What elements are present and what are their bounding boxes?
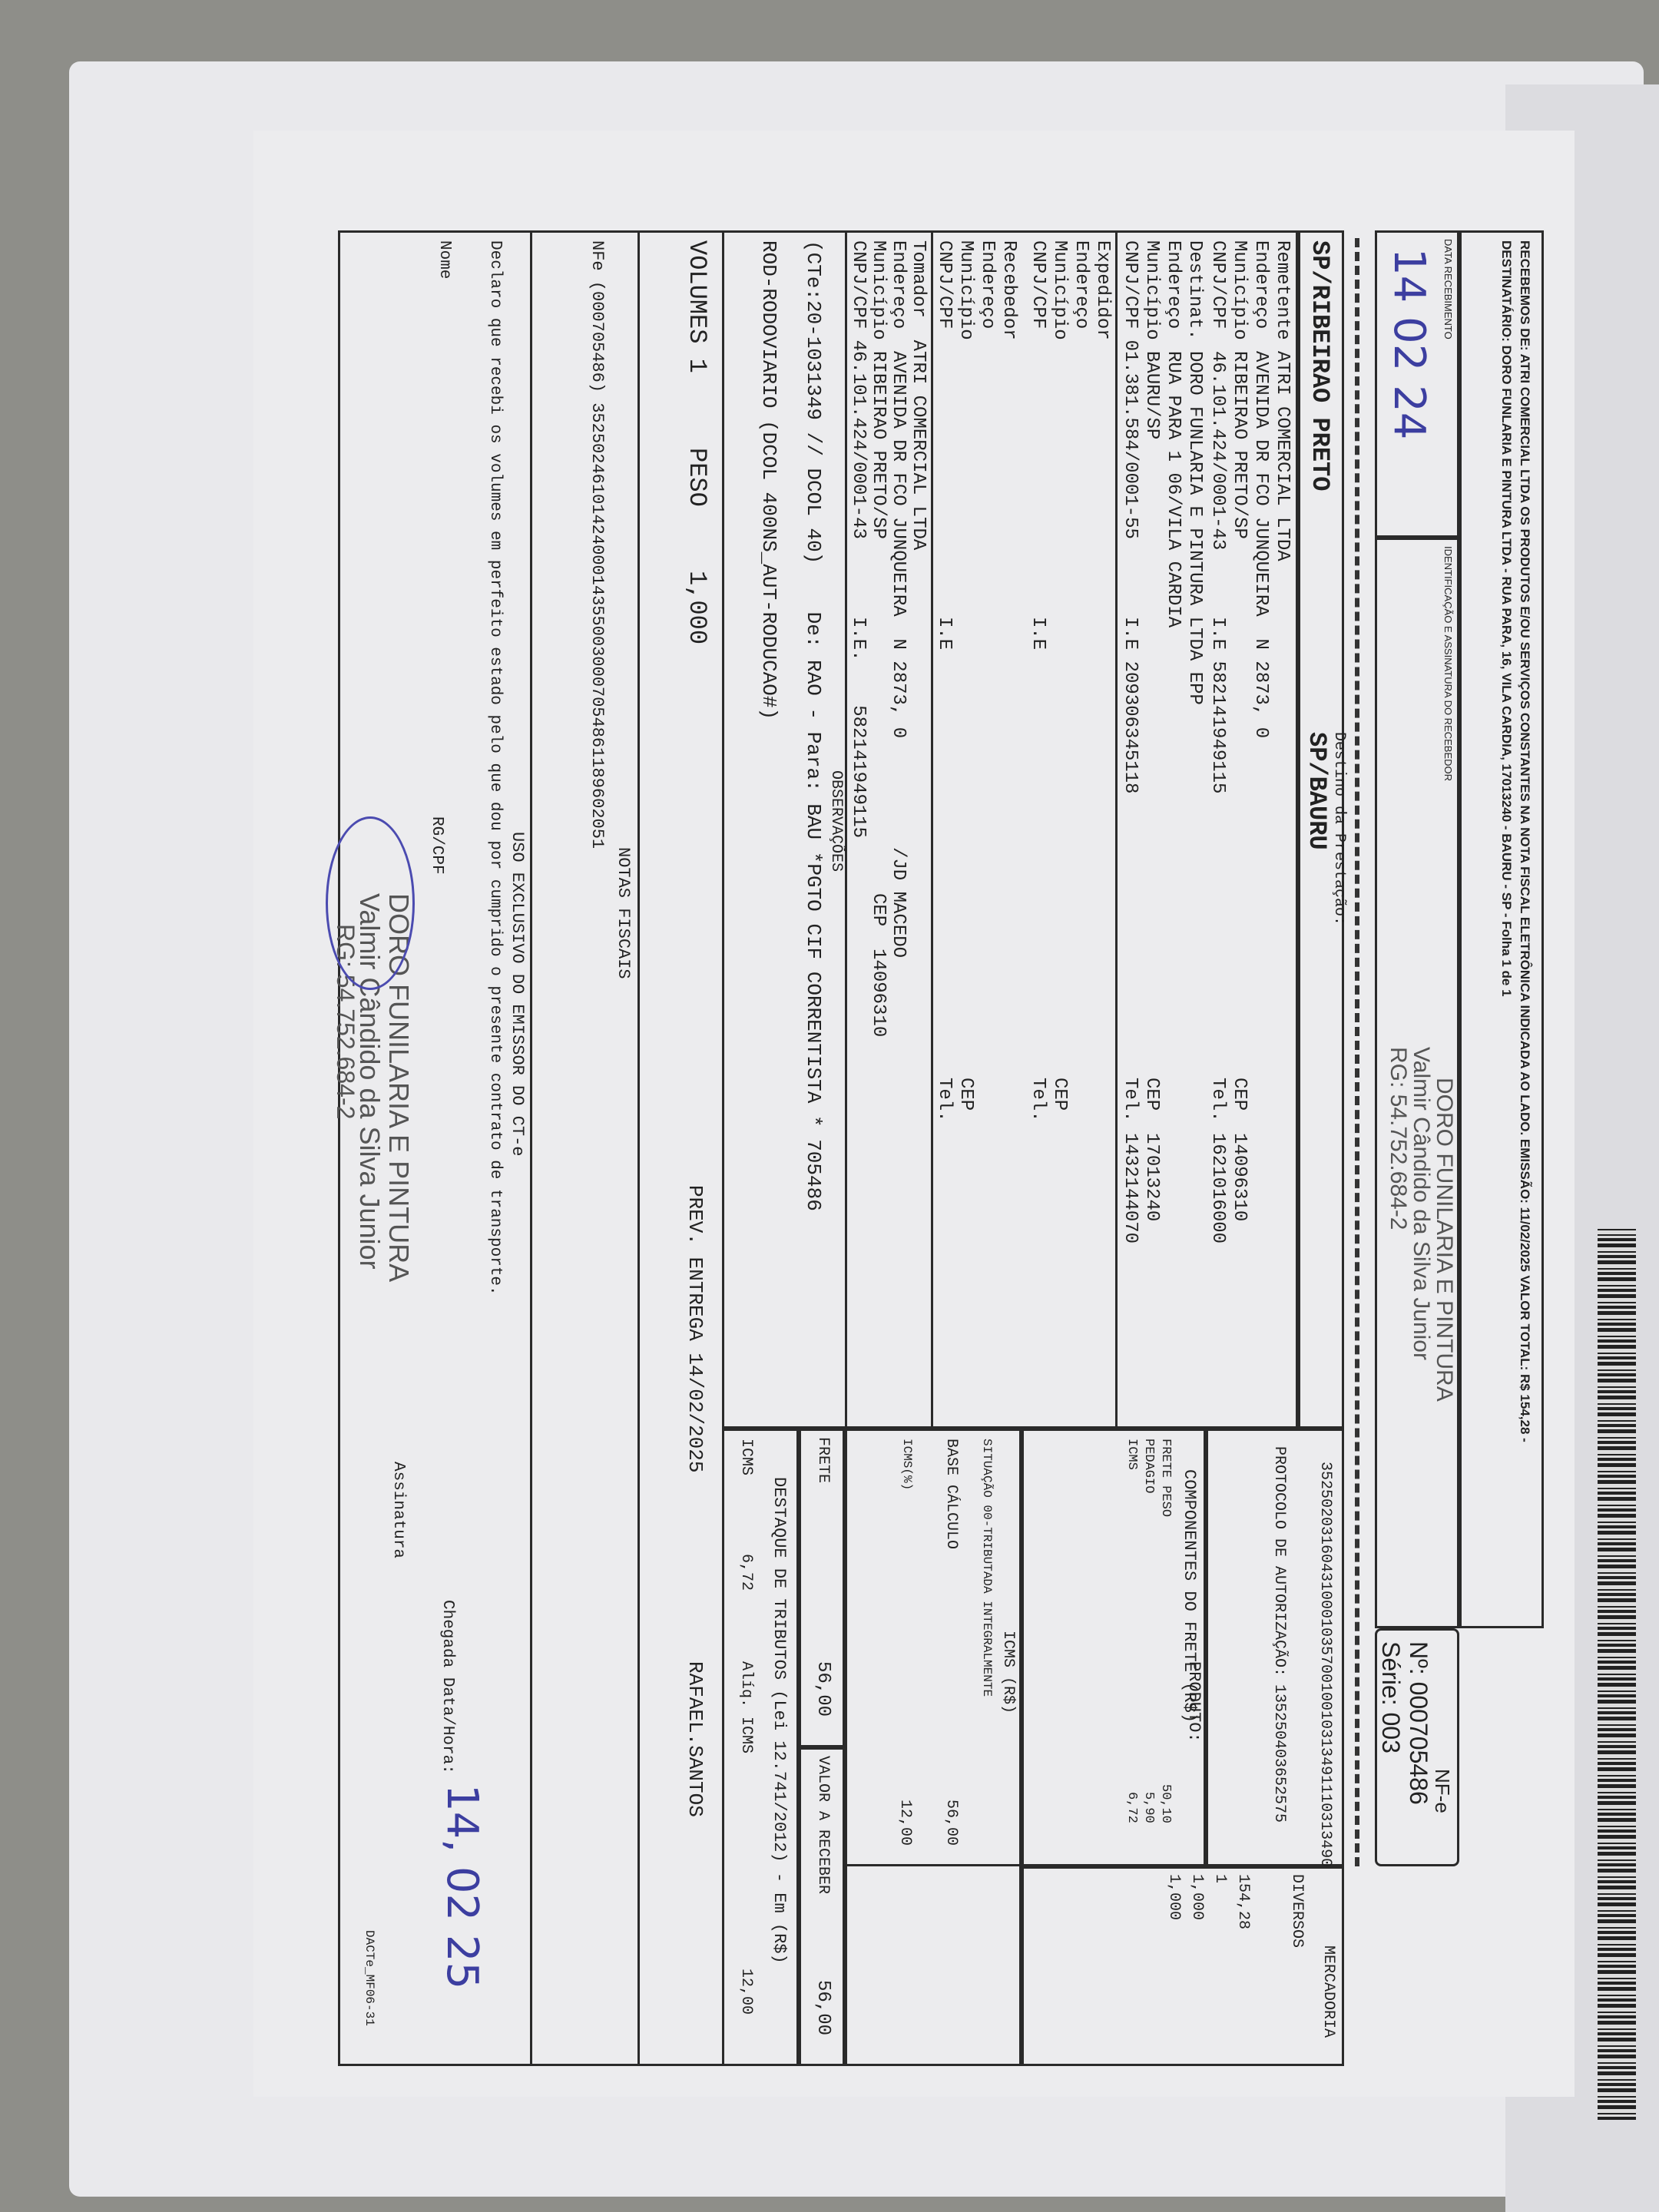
dacte-document: RECEBEMOS DE: ATRI COMERCIAL LTDA OS PRO… [253, 131, 1575, 2097]
divider [931, 233, 933, 1431]
recebedor-label: Recebedor [998, 240, 1019, 340]
merch-peso-value: 1,000 [1188, 1874, 1206, 1920]
remetente-tel: Tel. 1621016000 [1207, 1078, 1228, 1243]
tributos-icms-label: ICMS [737, 1439, 755, 1475]
valor-receber-value: 56,00 [813, 1980, 833, 2035]
nome-label: Nome [435, 240, 453, 279]
remetente-line: Remetente ATRI COMERCIAL LTDA [1272, 240, 1293, 561]
nfe-number: Nº: 000705486 [1404, 1641, 1432, 1805]
origin: SP/RIBEIRAO PRETO [1306, 240, 1334, 491]
recebedor-cep-label: CEP [955, 1078, 976, 1111]
nfe-box: NF-e Nº: 000705486 Série: 003 [1375, 1628, 1459, 1866]
observacoes-line1: (CTe:20-1031349 // DCOL 40) De: RAO - Pa… [802, 240, 825, 1211]
freight-item-value: 50,10 [1158, 1784, 1173, 1823]
freight-item-label: FRETE PESO [1158, 1439, 1173, 1517]
recebedor-address-label: Endereço [977, 240, 998, 329]
tomador-address: Endereço AVENIDA DR FCO JUNQUEIRA N 2873… [888, 240, 909, 738]
signature-scribble [326, 816, 415, 990]
volumes: VOLUMES 1 [683, 240, 711, 373]
tomador-address2: /JD MACEDO [888, 847, 909, 958]
remetente-cep: CEP 14096310 [1229, 1078, 1250, 1221]
access-key: 3525020316043100010357001001031349111031… [1316, 1462, 1334, 1867]
tear-line [1355, 238, 1359, 1866]
expedidor-tel-label: Tel. [1028, 1078, 1048, 1122]
recebedor-cnpj-label: CNPJ/CPF [934, 240, 955, 329]
destinatario-cep: CEP 17013240 [1141, 1078, 1162, 1221]
tributos-title: DESTAQUE DE TRIBUTOS (Lei 12.741/2012) -… [770, 1477, 789, 1964]
merch-valor-value: 154,28 [1234, 1874, 1252, 1929]
destinatario-cnpj: CNPJ/CPF 01.381.584/0001-55 [1120, 240, 1141, 539]
expedidor-cep-label: CEP [1049, 1078, 1070, 1111]
barcode [1598, 1229, 1636, 2120]
freight-item-value: 6,72 [1124, 1792, 1139, 1823]
expedidor-cnpj-label: CNPJ/CPF [1028, 240, 1048, 329]
merch-produto-value: DIVERSOS [1288, 1874, 1306, 1948]
peso-label: PESO [683, 448, 711, 507]
notas-title: NOTAS FISCAIS [614, 847, 633, 979]
base-calculo-label: BASE CÁLCULO [942, 1439, 960, 1549]
receipt-date-box: DATA RECEBIMENTO 14 02 24 [1375, 230, 1459, 538]
tributos-box: DESTAQUE DE TRIBUTOS (Lei 12.741/2012) -… [722, 1429, 799, 2066]
stamp-rg: RG: 54.752.684-2 [1385, 1047, 1411, 1230]
date-handwritten: 14 02 24 [1384, 248, 1434, 439]
driver: RAFAEL.SANTOS [684, 1661, 707, 1817]
chegada-handwritten: 14, 02 25 [437, 1784, 487, 1989]
destinatario-city: Município BAURU/SP [1141, 240, 1162, 439]
notas-line: NFe (000705486) 352502461014240001435500… [588, 240, 607, 849]
divider [1115, 233, 1118, 1431]
receipt-text-1: RECEBEMOS DE: ATRI COMERCIAL LTDA OS PRO… [1517, 240, 1532, 1442]
observacoes-title: OBSERVAÇÕES [827, 770, 845, 872]
freight-item-value: 5,90 [1141, 1792, 1156, 1823]
prev-entrega: PREV. ENTREGA 14/02/2025 [684, 1185, 707, 1472]
assinatura-label: Assinatura [389, 1462, 407, 1558]
destination: SP/BAURU [1303, 732, 1331, 850]
valor-receber-label: VALOR A RECEBER [814, 1756, 832, 1894]
remetente-ie: I.E 582141949115 [1207, 617, 1228, 793]
route-header: SP/RIBEIRAO PRETO Destino da Prestação: … [1298, 230, 1344, 1429]
freight-item-label: ICMS [1124, 1439, 1139, 1470]
stamp-company: DORO FUNILARIA E PINTURA [1431, 1078, 1457, 1402]
merchandise-rows: DIVERSOS 154,28 1 1,000 1,000 [1022, 1866, 1313, 2066]
freight-item-label: PEDAGIO [1141, 1439, 1156, 1493]
footer-box: USO EXCLUSIVO DO EMISSOR DO CT-e Declaro… [338, 230, 530, 2066]
tomador-line: Tomador ATRI COMERCIAL LTDA [908, 240, 929, 550]
recebedor-ie-label: I.E [934, 617, 955, 650]
frete-value: 56,00 [813, 1661, 833, 1717]
expedidor-ie-label: I.E [1028, 617, 1048, 650]
expedidor-city-label: Município [1049, 240, 1070, 340]
observacoes-line2: ROD-RODOVIARIO (DCOL 400NS_AUT-RODUCAO#) [757, 240, 780, 720]
tributos-aliq-label: Alíq. ICMS [737, 1661, 755, 1753]
tributos-aliq-value: 12,00 [737, 1969, 755, 2015]
tributos-icms-value: 6,72 [737, 1554, 755, 1591]
protocol-label: PROTOCOLO DE AUTORIZAÇÃO: [1270, 1446, 1288, 1677]
id-label: IDENTIFICAÇÃO E ASSINATURA DO RECEBEDOR [1442, 546, 1454, 781]
receipt-text-2: DESTINATÁRIO: DORO FUNLARIA E PINTURA LT… [1498, 240, 1514, 997]
stamp-name: Valmir Cândido da Silva Junior [1408, 1047, 1434, 1360]
destinatario-address: Endereço RUA PARA 1 06/VILA CARDIA [1163, 240, 1184, 628]
remetente-address: Endereço AVENIDA DR FCO JUNQUEIRA N 2873… [1250, 240, 1271, 738]
expedidor-label: Expedidor [1092, 240, 1113, 340]
icms-rate-value: 12,00 [896, 1800, 914, 1846]
tomador-cep: CEP 14096310 [868, 893, 889, 1037]
destinatario-line: Destinat. DORO FUNLARIA E PINTURA LTDA E… [1184, 240, 1205, 705]
remetente-cnpj: CNPJ/CPF 46.101.424/0001-43 [1207, 240, 1228, 550]
parties-box: Remetente ATRI COMERCIAL LTDA Endereço A… [845, 230, 1298, 1429]
chegada-label: Chegada Data/Hora: [439, 1600, 456, 1774]
expedidor-address-label: Endereço [1071, 240, 1091, 329]
tomador-city: Município RIBEIRAO PRETO/SP [868, 240, 889, 539]
icms-title: ICMS (R$) [999, 1631, 1017, 1714]
merch-volumes-value: 1 [1211, 1874, 1229, 1883]
tomador-cnpj: CNPJ/CPF 46.101.424/0001-43 [848, 240, 869, 539]
tomador-ie: I.E. 582141949115 [848, 617, 869, 838]
merch-peso-cubado-value: 1,000 [1165, 1874, 1183, 1920]
merch-label: PRODUTO: [1184, 1661, 1204, 1743]
notas-box: NOTAS FISCAIS NFe (000705486) 3525024610… [530, 230, 637, 2066]
base-calculo-value: 56,00 [942, 1800, 960, 1846]
nfe-serie: Série: 003 [1376, 1641, 1405, 1753]
destinatario-ie: I.E 209306345118 [1120, 617, 1141, 793]
icms-rate-label: ICMS(%) [900, 1439, 914, 1490]
rg-label: RG/CPF [428, 816, 445, 875]
destinatario-tel: Tel. 1432144070 [1120, 1078, 1141, 1243]
receipt-id-box: IDENTIFICAÇÃO E ASSINATURA DO RECEBEDOR … [1375, 538, 1459, 1628]
recebedor-city-label: Município [955, 240, 976, 340]
form-code: DACTe_MF06-31 [363, 1930, 376, 2026]
uso-exclusivo: USO EXCLUSIVO DO EMISSOR DO CT-e [508, 832, 527, 1156]
remetente-city: Município RIBEIRAO PRETO/SP [1229, 240, 1250, 539]
date-label: DATA RECEBIMENTO [1442, 239, 1454, 339]
declaro-text: Declaro que recebi os volumes em perfeit… [486, 240, 504, 1296]
icms-box: ICMS (R$) SITUAÇÃO 00-TRIBUTADA INTEGRAL… [845, 1429, 1022, 1866]
protocol: 135250403652575 [1270, 1684, 1288, 1823]
access-key-box: 3525020316043100010357001001031349111031… [1206, 1429, 1344, 1866]
frete-label: FRETE [814, 1437, 832, 1483]
merchandise-title: MERCADORIA [1320, 1945, 1337, 2038]
volumes-box: VOLUMES 1 PESO 1,000 PREV. ENTREGA 14/02… [637, 230, 722, 2066]
valor-receber-box: VALOR A RECEBER 56,00 [799, 1747, 845, 2066]
peso-value: 1,000 [683, 571, 711, 644]
recebedor-tel-label: Tel. [934, 1078, 955, 1122]
frete-box: FRETE 56,00 [799, 1429, 845, 1747]
icms-situacao: SITUAÇÃO 00-TRIBUTADA INTEGRALMENTE [980, 1439, 994, 1697]
destination-label: Destino da Prestação: [1330, 732, 1348, 926]
receipt-stub: RECEBEMOS DE: ATRI COMERCIAL LTDA OS PRO… [1459, 230, 1544, 1628]
nfe-label: NF-e [1430, 1769, 1454, 1813]
freight-components: COMPONENTES DO FRETE (R$) FRETE PESO 50,… [1022, 1429, 1206, 1866]
observacoes-box: OBSERVAÇÕES (CTe:20-1031349 // DCOL 40) … [722, 230, 845, 1429]
